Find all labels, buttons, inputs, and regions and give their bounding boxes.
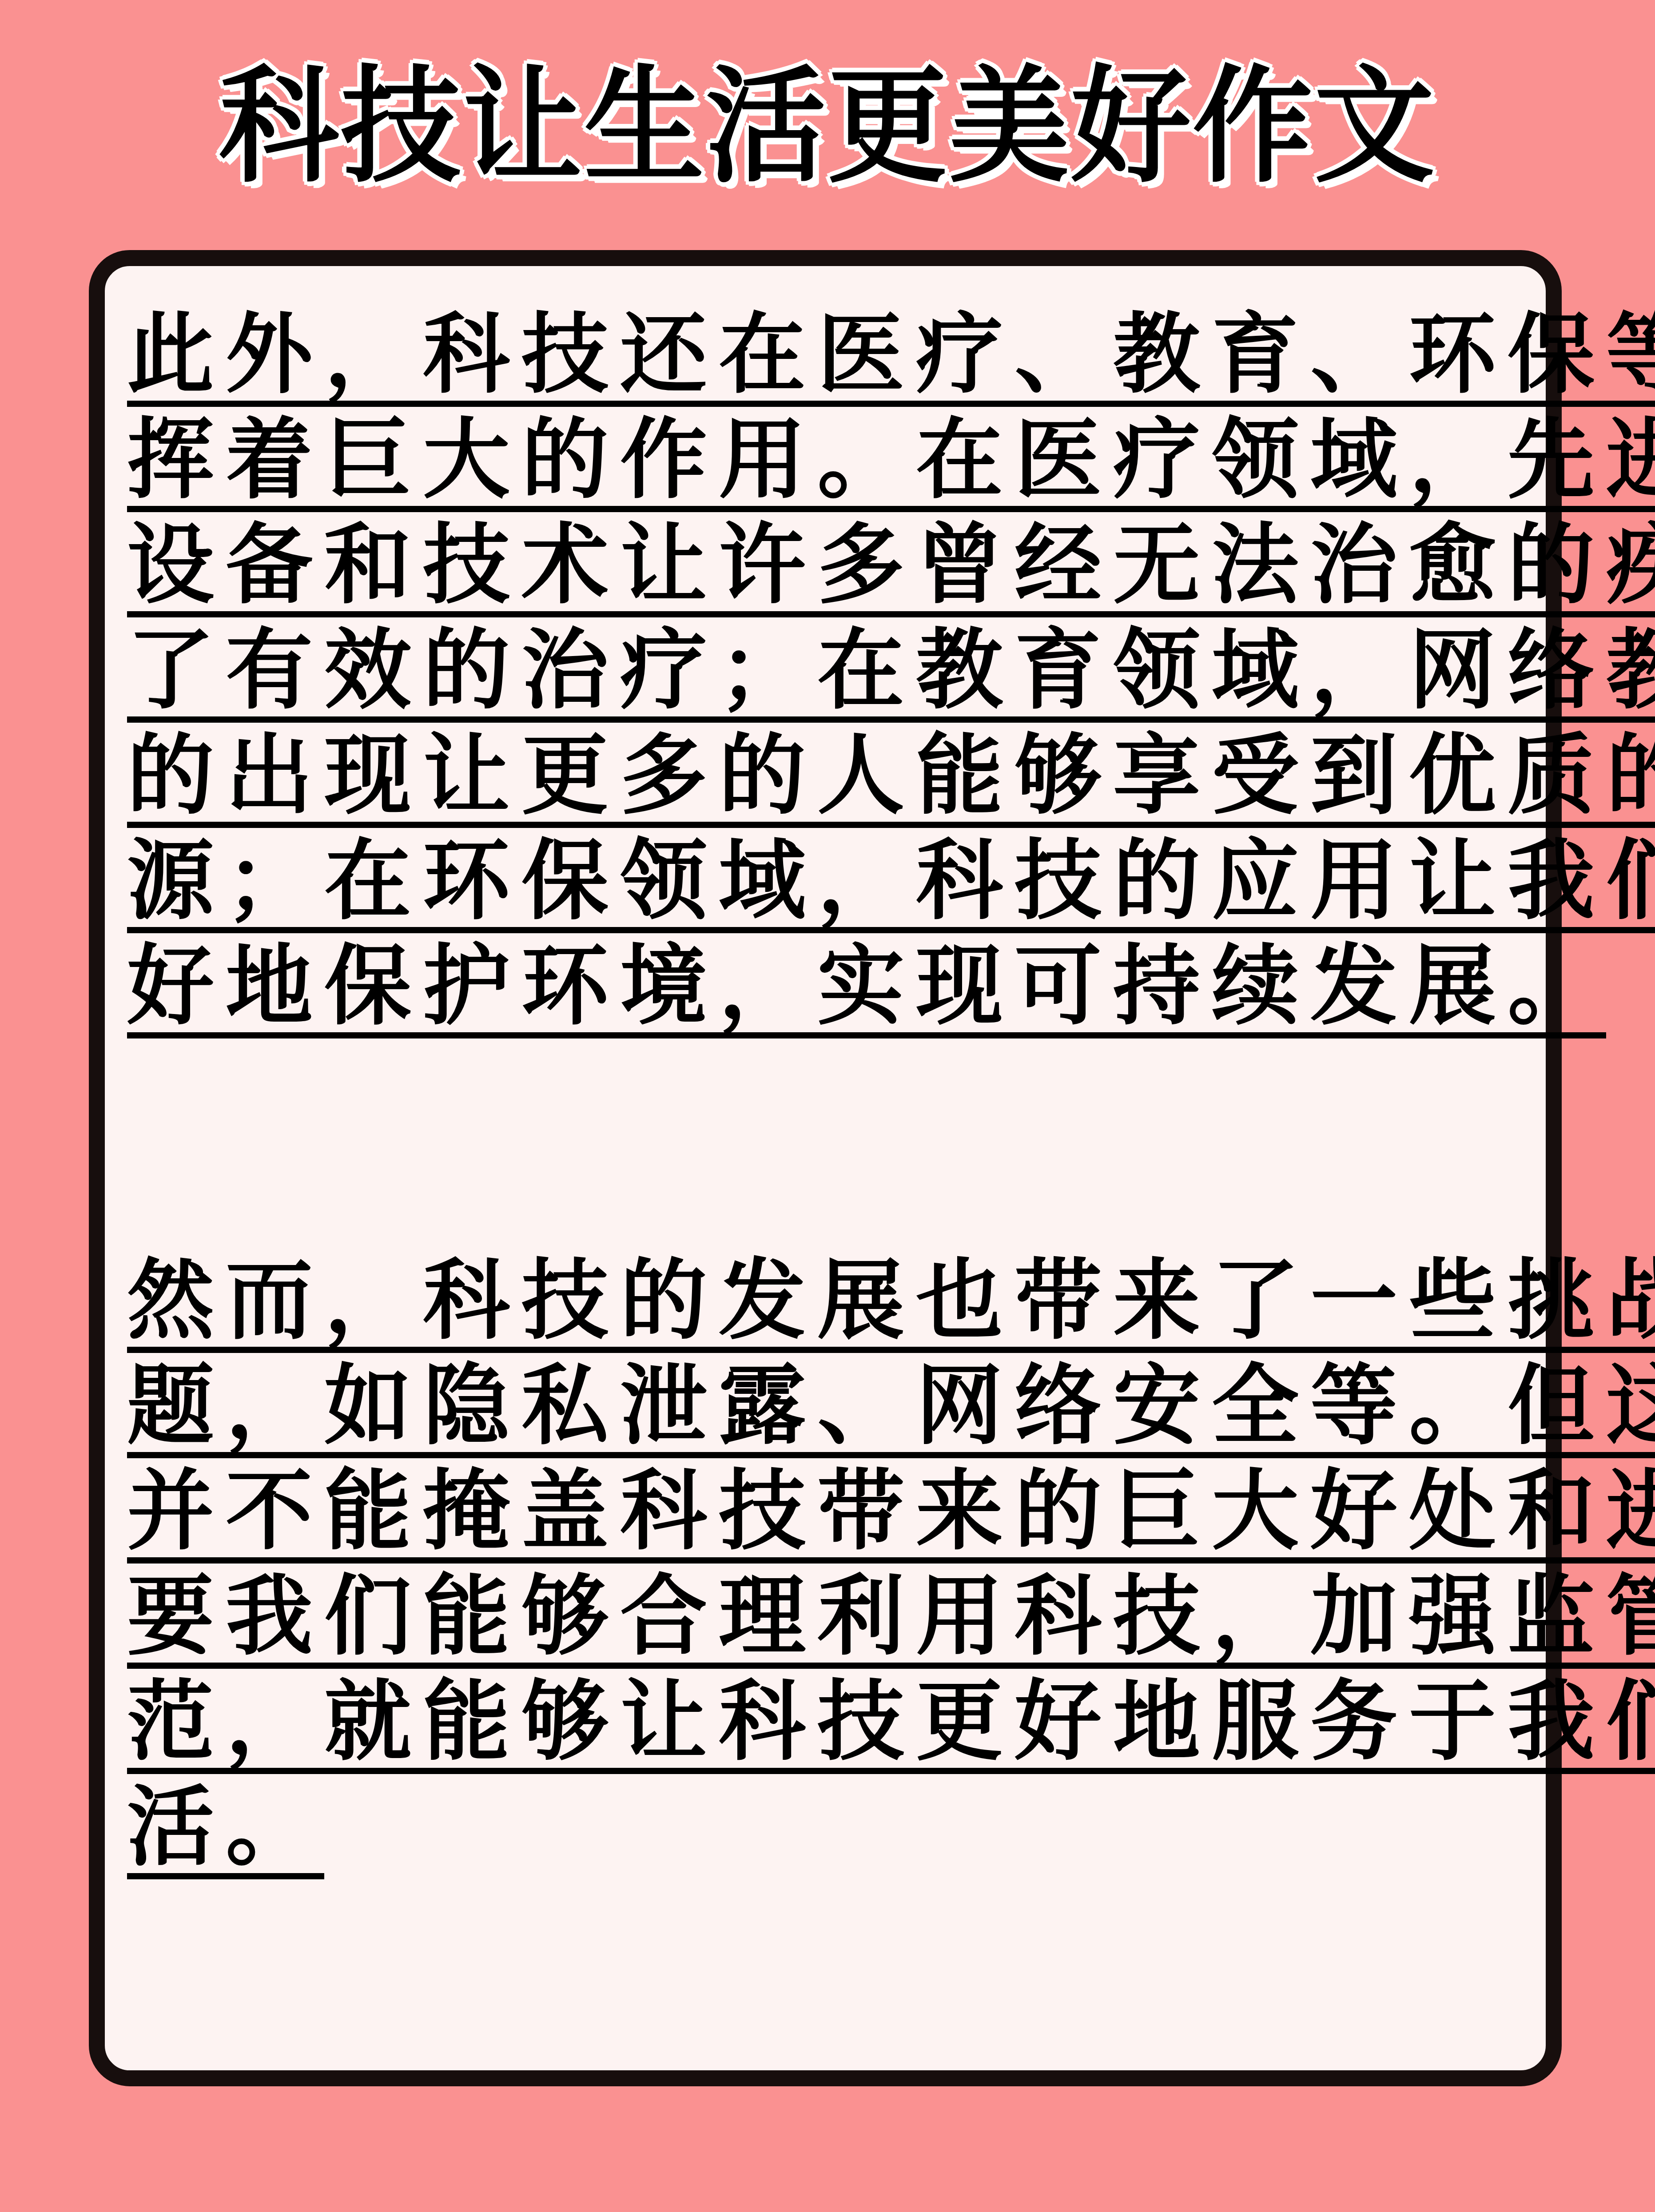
paragraph-line: 并不能掩盖科技带来的巨大好处和进步。只 xyxy=(127,1450,1508,1555)
paragraph-line: 好地保护环境，实现可持续发展。 xyxy=(127,925,1508,1030)
paragraph-line: 活。 xyxy=(127,1766,1508,1871)
line-text: 的出现让更多的人能够享受到优质的教育资 xyxy=(127,714,1655,828)
line-text: 然而，科技的发展也带来了一些挑战和问 xyxy=(127,1239,1655,1353)
line-text: 范，就能够让科技更好地服务于我们的生 xyxy=(127,1660,1655,1774)
line-text: 源；在环保领域，科技的应用让我们能够更 xyxy=(127,820,1655,933)
paragraph-line: 然而，科技的发展也带来了一些挑战和问 xyxy=(127,1239,1508,1345)
paragraph-line: 了有效的治疗；在教育领域，网络教育平台 xyxy=(127,609,1508,714)
line-text: 挥着巨大的作用。在医疗领域，先进的医疗 xyxy=(127,398,1655,512)
paragraph-line: 的出现让更多的人能够享受到优质的教育资 xyxy=(127,714,1508,820)
paragraph-line: 挥着巨大的作用。在医疗领域，先进的医疗 xyxy=(127,398,1508,504)
line-text: 并不能掩盖科技带来的巨大好处和进步。只 xyxy=(127,1450,1655,1564)
paragraph-line: 题，如隐私泄露、网络安全等。但这些问题 xyxy=(127,1345,1508,1450)
paragraph-line: 要我们能够合理利用科技，加强监管和防 xyxy=(127,1555,1508,1660)
page-title: 科技让生活更美好作文 xyxy=(0,50,1655,204)
paragraph-line: 设备和技术让许多曾经无法治愈的疾病得到 xyxy=(127,504,1508,609)
line-text: 要我们能够合理利用科技，加强监管和防 xyxy=(127,1555,1655,1669)
line-text: 设备和技术让许多曾经无法治愈的疾病得到 xyxy=(127,504,1655,617)
paragraph-line: 此外，科技还在医疗、教育、环保等领域发 xyxy=(127,293,1508,398)
line-text: 此外，科技还在医疗、教育、环保等领域发 xyxy=(127,293,1655,407)
paragraph-line: 范，就能够让科技更好地服务于我们的生 xyxy=(127,1660,1508,1766)
paragraph-1: 此外，科技还在医疗、教育、环保等领域发 挥着巨大的作用。在医疗领域，先进的医疗 … xyxy=(127,293,1508,1030)
line-text: 活。 xyxy=(127,1766,324,1879)
line-text: 题，如隐私泄露、网络安全等。但这些问题 xyxy=(127,1345,1655,1458)
paragraph-2: 然而，科技的发展也带来了一些挑战和问 题，如隐私泄露、网络安全等。但这些问题 并… xyxy=(127,1239,1508,1871)
line-text: 了有效的治疗；在教育领域，网络教育平台 xyxy=(127,609,1655,723)
line-text: 好地保护环境，实现可持续发展。 xyxy=(127,925,1606,1038)
paragraph-line: 源；在环保领域，科技的应用让我们能够更 xyxy=(127,820,1508,925)
